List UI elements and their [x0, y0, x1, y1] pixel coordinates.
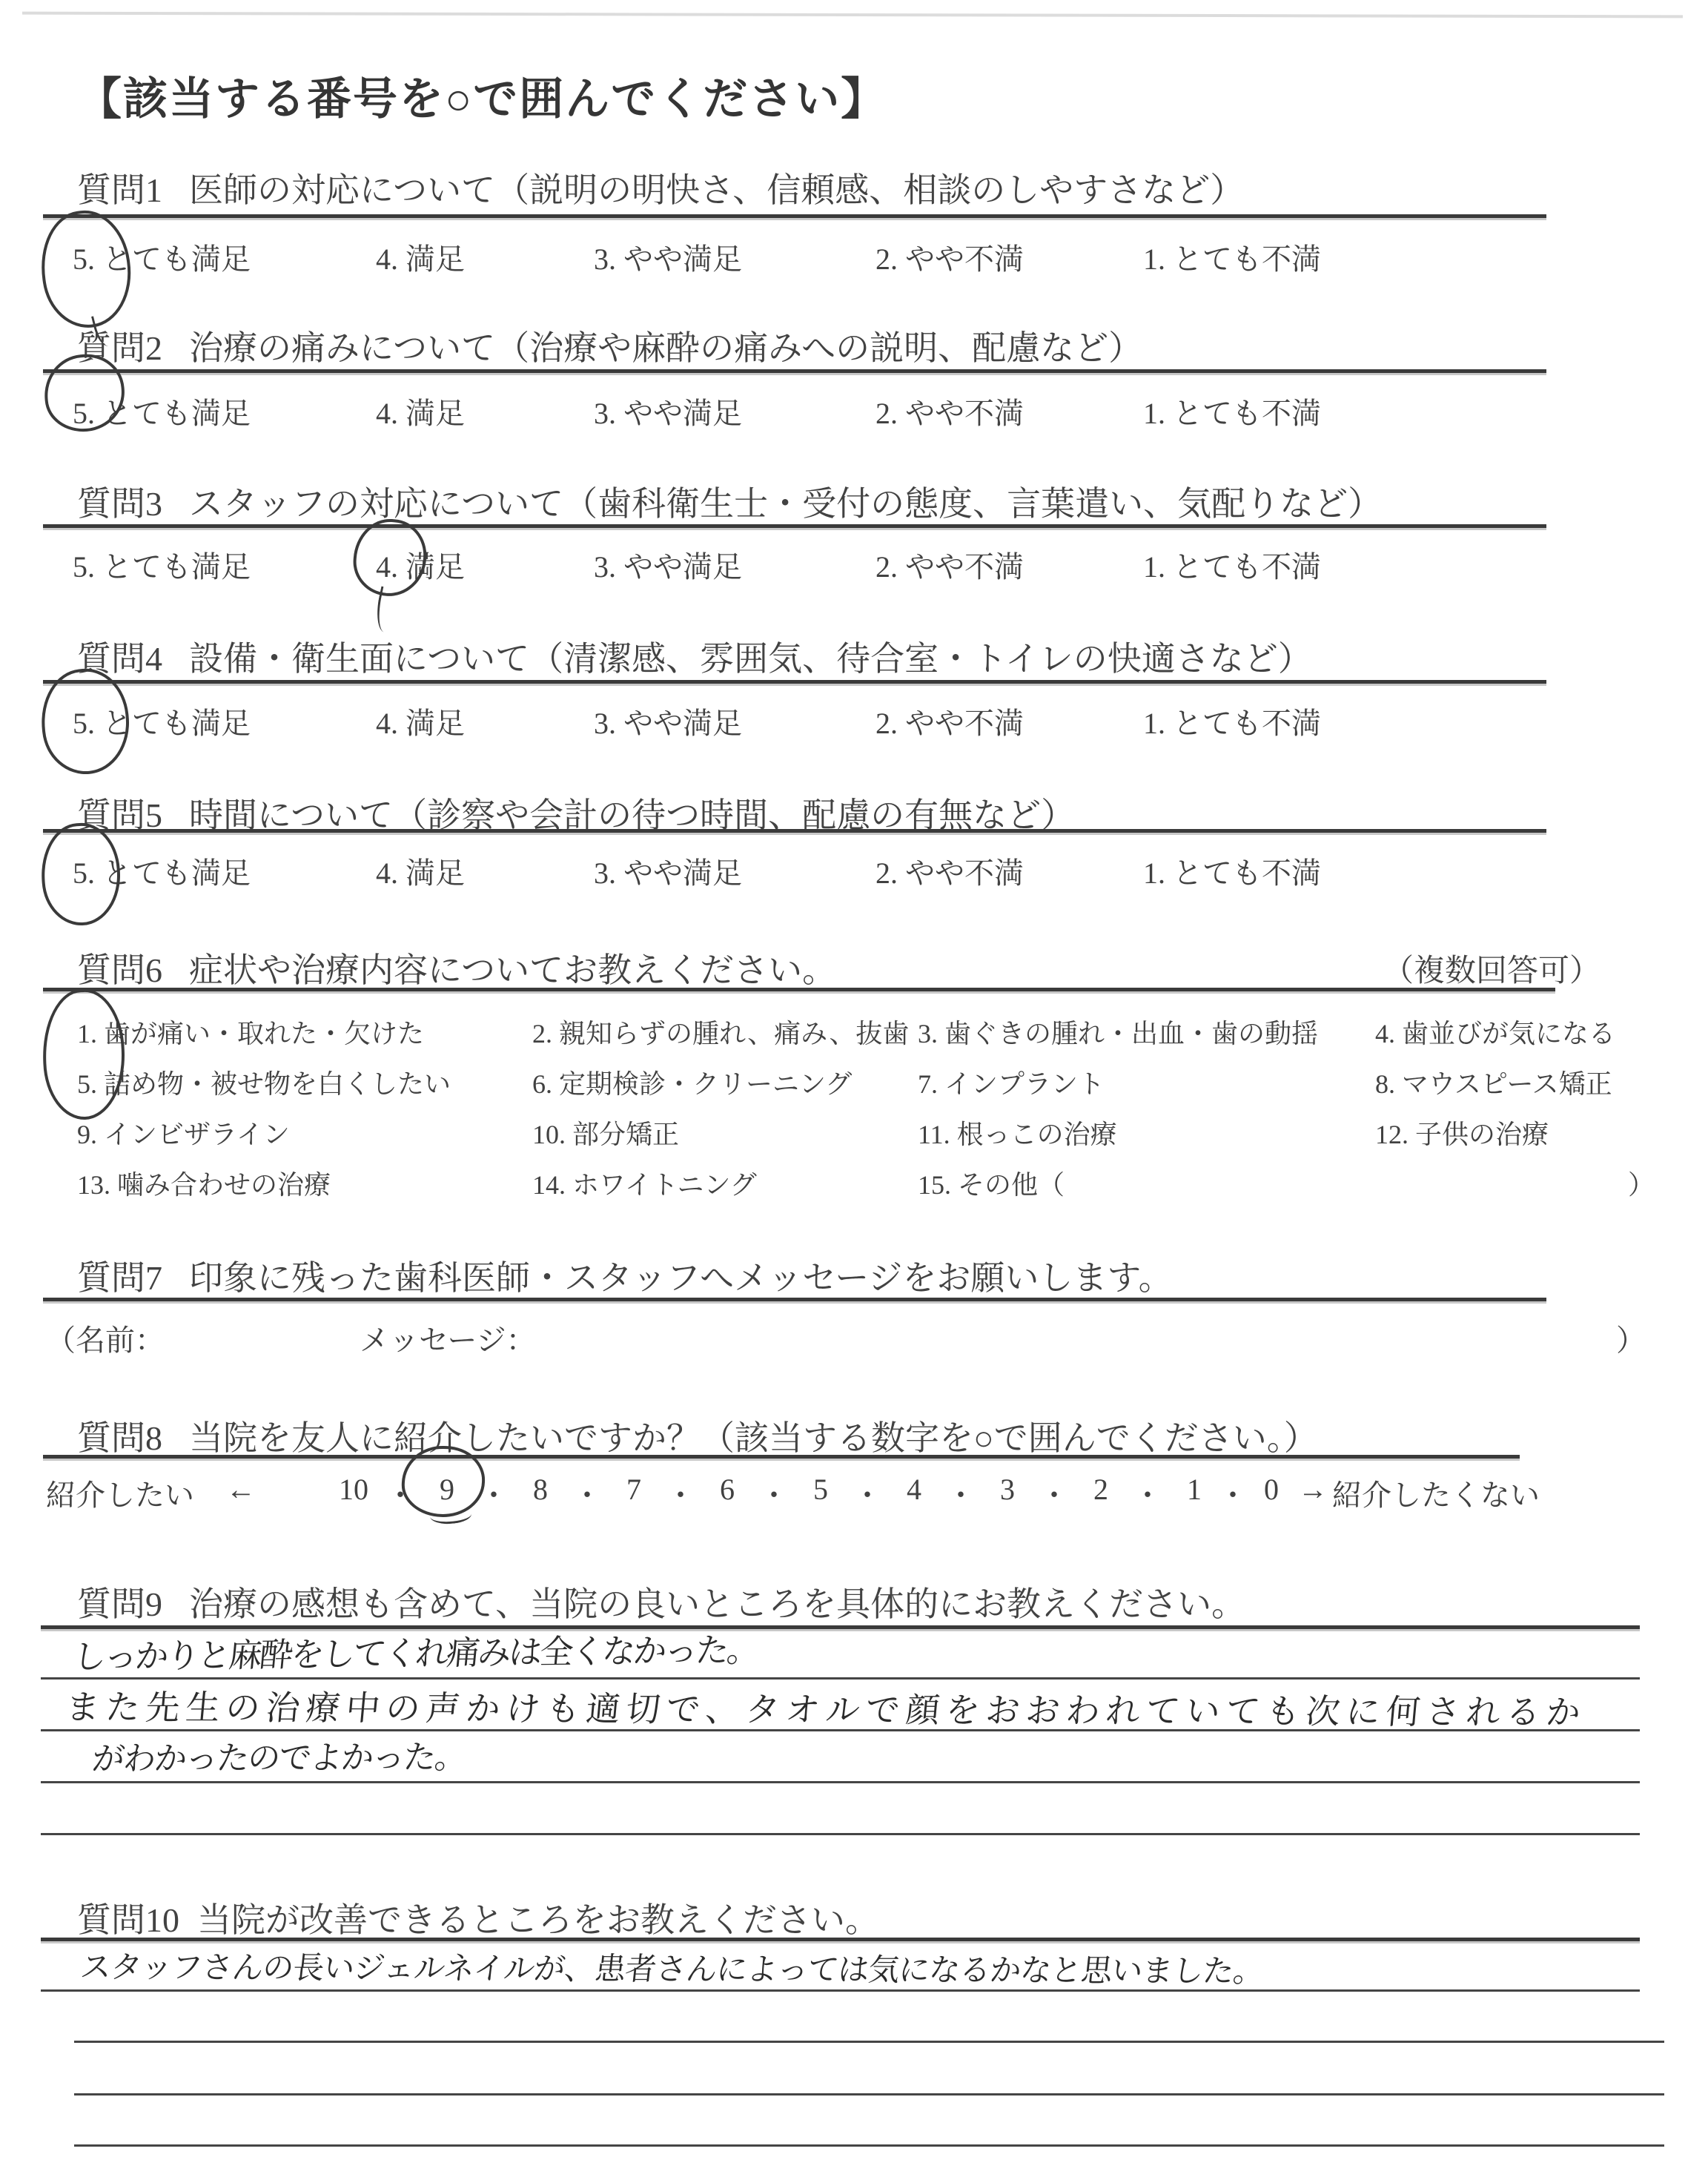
q7-heading: 質問7印象に残った歯科医師・スタッフへメッセージをお願いします。 — [77, 1251, 1173, 1300]
q2-option-4[interactable]: 4. 満足 — [376, 390, 465, 432]
q6-item-5[interactable]: 5. 詰め物・被せ物を白くしたい — [77, 1063, 451, 1101]
q9-heading: 質問9治療の感想も含めて、当院の良いところを具体的にお教えください。 — [77, 1577, 1245, 1626]
q6-item-7[interactable]: 7. インプラント — [918, 1063, 1105, 1101]
q6-item-3[interactable]: 3. 歯ぐきの腫れ・出血・歯の動揺 — [918, 1013, 1318, 1051]
q5-option-3[interactable]: 3. やや満足 — [594, 850, 742, 892]
q7-message-label: メッセージ： — [360, 1317, 536, 1359]
q10-text: 当院が改善できるところをお教えください。 — [197, 1901, 879, 1939]
q6-item-4[interactable]: 4. 歯並びが気になる — [1375, 1013, 1615, 1051]
q8-number-7[interactable]: 7 — [626, 1472, 641, 1507]
page-title: 【該当する番号を○で囲んでください】 — [77, 64, 887, 128]
q10-handwritten-line-1: スタッフさんの長いジェルネイルが、患者さんによっては気になるかなと思いました。 — [78, 1943, 1266, 1992]
q1-heading: 質問1医師の対応について（説明の明快さ、信頼感、相談のしやすさなど） — [77, 163, 1244, 212]
q8-number-2[interactable]: 2 — [1093, 1472, 1108, 1507]
q6-item-6[interactable]: 6. 定期検診・クリーニング — [532, 1063, 852, 1101]
q5-option-1[interactable]: 1. とても不満 — [1143, 850, 1321, 892]
q10-answer-line-3 — [74, 2041, 1664, 2043]
q6-item-13[interactable]: 13. 噛み合わせの治療 — [77, 1164, 331, 1202]
q4-text: 設備・衛生面について（清潔感、雰囲気、待合室・トイレの快適さなど） — [189, 640, 1312, 678]
q3-option-5[interactable]: 5. とても満足 — [73, 544, 251, 586]
q6-item-12[interactable]: 12. 子供の治療 — [1375, 1114, 1549, 1152]
q8-dot: ・ — [1133, 1472, 1162, 1514]
q6-item-1[interactable]: 1. 歯が痛い・取れた・欠けた — [77, 1013, 424, 1051]
q6-item-11[interactable]: 11. 根っこの治療 — [918, 1114, 1117, 1152]
q1-text: 医師の対応について（説明の明快さ、信頼感、相談のしやすさなど） — [189, 171, 1244, 209]
q3-option-2[interactable]: 2. やや不満 — [875, 544, 1024, 586]
q6-item-9[interactable]: 9. インビザライン — [77, 1114, 290, 1152]
q8-number-0[interactable]: 0 — [1264, 1472, 1279, 1507]
q8-dot: ・ — [572, 1472, 602, 1514]
q1-selected-circle — [34, 205, 139, 333]
q9-handwritten-line-2: また先生の治療中の声かけも適切で、タオルで顔をおおわれていても次に何されるか — [64, 1680, 1589, 1734]
q1-option-2[interactable]: 2. やや不満 — [875, 236, 1024, 278]
q6-separator-line — [43, 988, 1555, 991]
q7-close-paren: ） — [1616, 1317, 1646, 1359]
q4-separator-line — [43, 680, 1546, 684]
q9-handwritten-line-3: がわかったのでよかった。 — [90, 1730, 469, 1780]
q8-number-8[interactable]: 8 — [533, 1472, 548, 1507]
q1-separator-line — [43, 214, 1546, 218]
q6-text: 症状や治療内容についてお教えください。 — [189, 951, 836, 989]
q3-text: スタッフの対応について（歯科衛生士・受付の態度、言葉遣い、気配りなど） — [189, 485, 1382, 523]
q4-option-3[interactable]: 3. やや満足 — [594, 700, 742, 742]
q8-separator-line — [43, 1455, 1520, 1459]
q8-heading: 質問8当院を友人に紹介したいですか？（該当する数字を○で囲んでください。） — [77, 1411, 1318, 1460]
q8-circle-tail — [429, 1505, 472, 1526]
q10-answer-line-5 — [74, 2144, 1664, 2147]
q6-number: 質問6 — [77, 951, 162, 989]
q8-dot: ・ — [853, 1472, 882, 1514]
q6-multi-answer-note: （複数回答可） — [1383, 946, 1601, 991]
survey-scan-page: 【該当する番号を○で囲んでください】 質問1医師の対応について（説明の明快さ、信… — [0, 0, 1708, 2160]
q2-option-2[interactable]: 2. やや不満 — [875, 390, 1024, 432]
q8-right-label: 紹介したくない — [1332, 1472, 1540, 1514]
q9-answer-line-4 — [41, 1781, 1640, 1783]
q8-dot: ・ — [759, 1472, 789, 1514]
q1-option-3[interactable]: 3. やや満足 — [594, 236, 742, 278]
q8-number-1[interactable]: 1 — [1187, 1472, 1202, 1507]
q9-text: 治療の感想も含めて、当院の良いところを具体的にお教えください。 — [189, 1585, 1245, 1623]
q8-number-6[interactable]: 6 — [720, 1472, 735, 1507]
q3-option-3[interactable]: 3. やや満足 — [594, 544, 742, 586]
q8-number-10[interactable]: 10 — [339, 1472, 368, 1507]
q4-option-1[interactable]: 1. とても不満 — [1143, 700, 1321, 742]
q2-option-1[interactable]: 1. とても不満 — [1143, 390, 1321, 432]
q1-number: 質問1 — [77, 171, 162, 209]
q4-option-4[interactable]: 4. 満足 — [376, 700, 465, 742]
q3-heading: 質問3スタッフの対応について（歯科衛生士・受付の態度、言葉遣い、気配りなど） — [77, 477, 1382, 526]
q2-heading: 質問2治療の痛みについて（治療や麻酔の痛みへの説明、配慮など） — [77, 321, 1142, 370]
q3-selected-circle — [351, 517, 428, 599]
q5-option-4[interactable]: 4. 満足 — [376, 850, 465, 892]
scan-top-edge-line — [22, 12, 1683, 19]
q9-answer-line-5 — [41, 1833, 1640, 1835]
q6-item-15-close-paren: ） — [1628, 1164, 1655, 1202]
q1-option-4[interactable]: 4. 満足 — [376, 236, 465, 278]
q9-answer-line-2 — [41, 1677, 1640, 1680]
q3-option-1[interactable]: 1. とても不満 — [1143, 544, 1321, 586]
q7-name-label: （名前： — [46, 1317, 165, 1359]
q8-number-3[interactable]: 3 — [1000, 1472, 1015, 1507]
q6-item-8[interactable]: 8. マウスピース矯正 — [1375, 1063, 1612, 1101]
q2-text: 治療の痛みについて（治療や麻酔の痛みへの説明、配慮など） — [189, 329, 1142, 367]
q3-separator-line — [43, 524, 1546, 528]
q5-option-2[interactable]: 2. やや不満 — [875, 850, 1024, 892]
q8-dot: ・ — [1218, 1472, 1248, 1514]
q1-option-1[interactable]: 1. とても不満 — [1143, 236, 1321, 278]
q8-left-label: 紹介したい — [46, 1472, 194, 1514]
q7-number: 質問7 — [77, 1259, 162, 1297]
q8-number-4[interactable]: 4 — [907, 1472, 921, 1507]
q4-heading: 質問4設備・衛生面について（清潔感、雰囲気、待合室・トイレの快適さなど） — [77, 632, 1312, 681]
q10-answer-line-4 — [74, 2093, 1664, 2095]
q8-number: 質問8 — [77, 1419, 162, 1457]
q4-option-2[interactable]: 2. やや不満 — [875, 700, 1024, 742]
q6-item-15[interactable]: 15. その他（ — [918, 1164, 1065, 1202]
q8-right-arrow: → — [1298, 1472, 1328, 1507]
q5-separator-line — [43, 829, 1546, 833]
q10-answer-line-1 — [41, 1938, 1640, 1941]
q3-number: 質問3 — [77, 485, 162, 523]
q10-heading: 質問10当院が改善できるところをお教えください。 — [77, 1893, 879, 1942]
q7-separator-line — [43, 1298, 1546, 1301]
q8-text: 当院を友人に紹介したいですか？（該当する数字を○で囲んでください。） — [189, 1419, 1318, 1457]
q9-number: 質問9 — [77, 1585, 162, 1623]
q8-dot: ・ — [1039, 1472, 1069, 1514]
q10-number: 質問10 — [77, 1901, 179, 1939]
q2-separator-line — [43, 369, 1546, 373]
q8-dot: ・ — [946, 1472, 976, 1514]
q8-number-5[interactable]: 5 — [813, 1472, 828, 1507]
q8-dot: ・ — [666, 1472, 695, 1514]
q6-heading: 質問6症状や治療内容についてお教えください。 — [77, 943, 836, 992]
q6-item-10[interactable]: 10. 部分矯正 — [532, 1114, 679, 1152]
q8-left-arrow: ← — [226, 1472, 256, 1507]
q9-handwritten-line-1: しっかりと麻酔をしてくれ痛みは全くなかった。 — [71, 1622, 761, 1678]
q6-item-2[interactable]: 2. 親知らずの腫れ、痛み、抜歯 — [532, 1013, 909, 1051]
q2-option-3[interactable]: 3. やや満足 — [594, 390, 742, 432]
q7-text: 印象に残った歯科医師・スタッフへメッセージをお願いします。 — [189, 1259, 1173, 1297]
q6-item-14[interactable]: 14. ホワイトニング — [532, 1164, 757, 1202]
